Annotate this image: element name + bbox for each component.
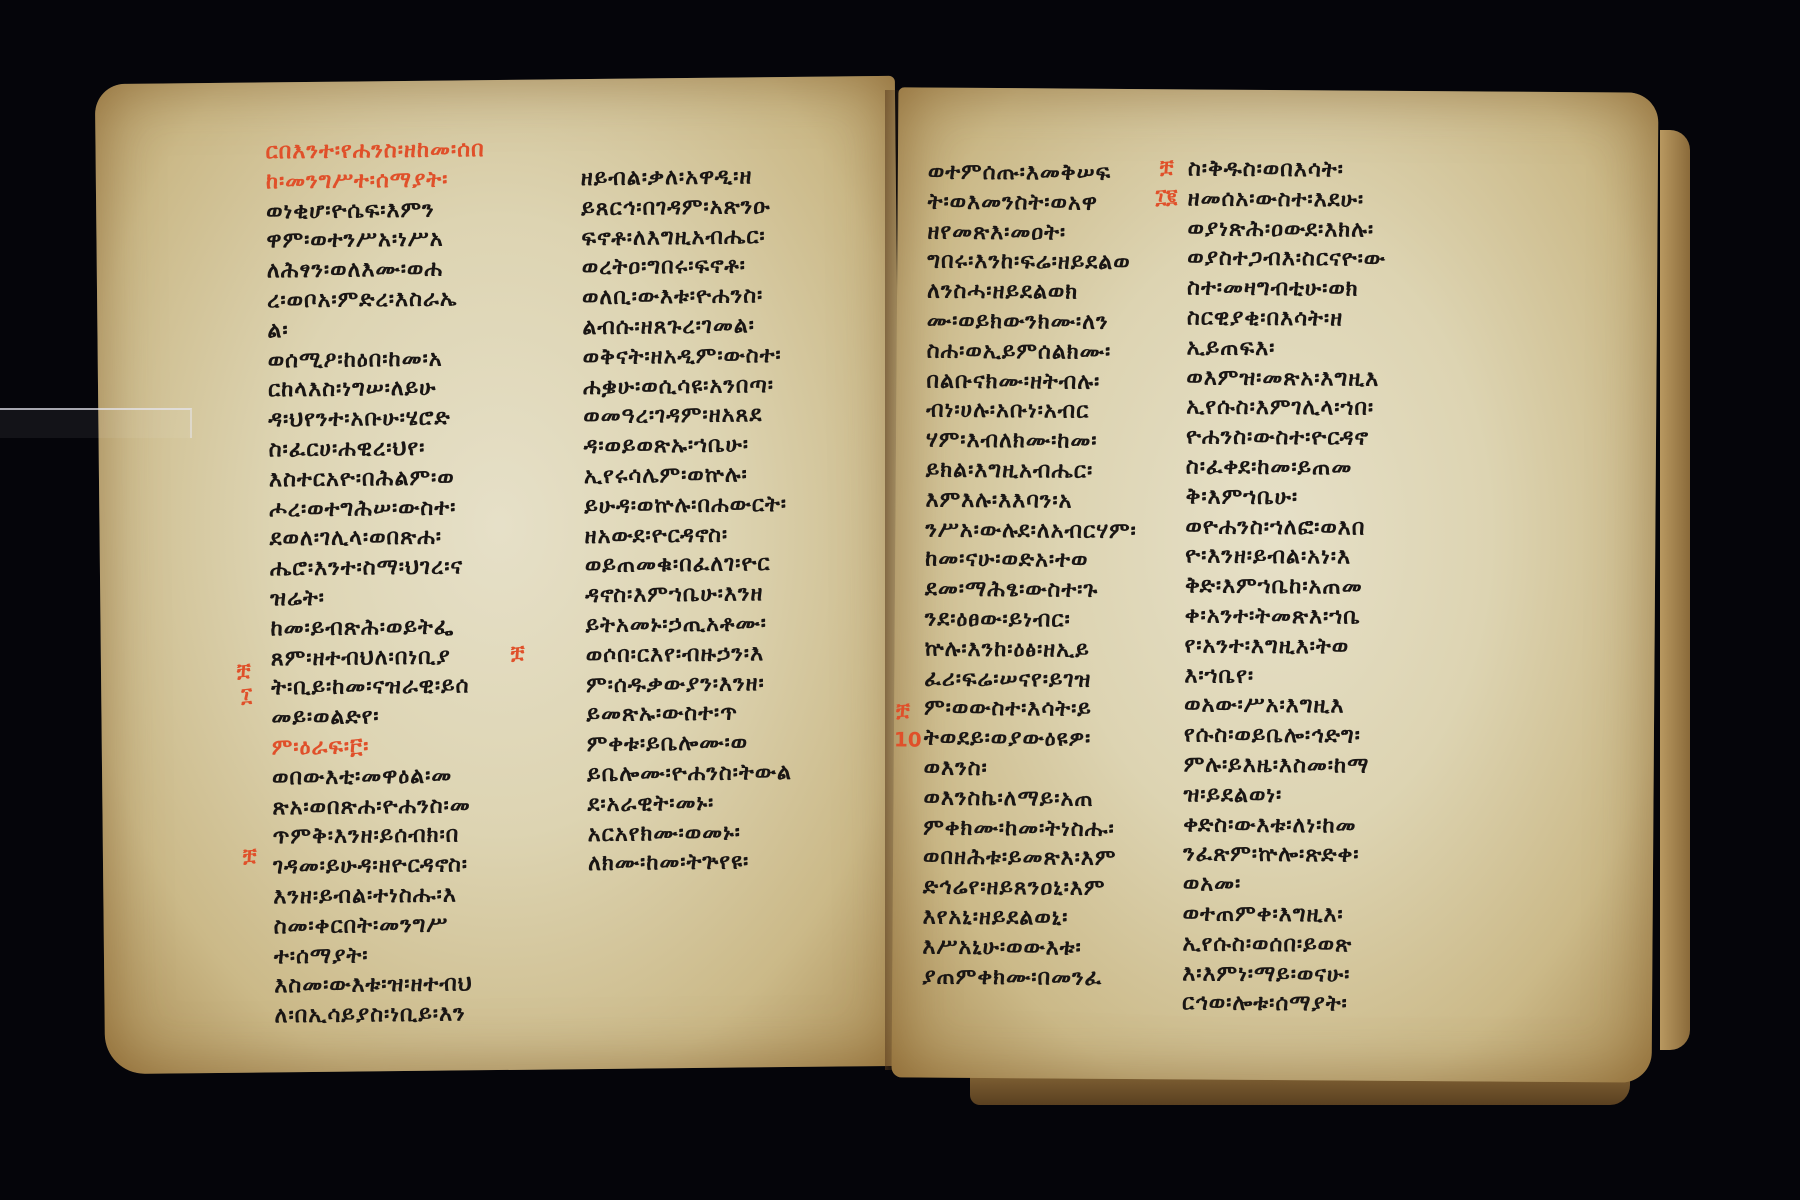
text-line: ምሉ፡ይእዜ፡እስመ፡ከማ <box>1184 750 1383 781</box>
text-line: ከመ፡ናሁ፡ወድአ፡ተወ <box>925 545 1137 576</box>
right-column-1: ወተምሰጡ፡እመቅሠፍ ት፡ወእመንስት፡ወአዋ ዘየመጽእ፡መዐት፡ ግበሩ፡… <box>922 158 1139 994</box>
text-line: ል፡ <box>267 314 486 346</box>
text-line: ወበውእቲ፡መዋዕል፡መ <box>272 761 491 793</box>
text-line: ወእንስኬ፡ለማይ፡አጠ <box>923 783 1135 814</box>
text-line: ዮ፡እንዘ፡ይብል፡አነ፡እ <box>1185 542 1384 573</box>
text-line: ንደ፡ዕፀው፡ይነብር፡ <box>925 605 1137 636</box>
text-line: ወእምዝ፡መጽአ፡እግዚእ <box>1186 363 1385 394</box>
text-line: ይጸርኅ፡በገዳም፡አጽንዑ <box>581 192 786 224</box>
text-line: ወተጠምቀ፡እግዚእ፡ <box>1183 899 1382 930</box>
text-line: ወነቂሆ፡ዮሴፍ፡እምን <box>266 195 485 227</box>
text-line: ስመ፡ቀርበት፡መንግሥ <box>274 910 493 942</box>
text-line: ት፡ቢይ፡ከመ፡ናዝራዊ፡ይሰ <box>271 671 490 703</box>
text-line: ንፈጽም፡ኵሎ፡ጽድቀ፡ <box>1183 840 1382 871</box>
text-line: ጽአ፡ወበጽሐ፡ዮሐንስ፡መ <box>272 791 491 823</box>
left-column-1: ርበእንተ፡የሐንስ፡ዘከመ፡ሰበ ከ፡መንግሥተ፡ሰማያት፡ ወነቂሆ፡ዮሴፍ… <box>265 135 493 1031</box>
text-line: ከመ፡ይብጽሕ፡ወይትፌ <box>270 612 489 644</box>
text-line: ተ፡ሰማያት፡ <box>274 940 493 972</box>
text-line: ዋም፡ወተንሥአ፡ነሥአ <box>266 225 485 257</box>
text-line: ወረትዐ፡ግበሩ፡ፍኖቶ፡ <box>582 251 787 283</box>
text-line: ሃም፡እብለክሙ፡ከመ፡ <box>926 426 1138 457</box>
text-line: ወበዘሕቱ፡ይመጽእ፡እም <box>923 843 1135 874</box>
page-stack-edge <box>1660 130 1690 1050</box>
text-line: ወአው፡ሥአ፡እግዚእ <box>1184 691 1383 722</box>
text-line: የ፡አንተ፡እግዚእ፡ትወ <box>1184 631 1383 662</box>
text-line: እስመ፡ውእቱ፡ዝ፡ዘተብህ <box>274 969 493 1001</box>
text-line: ረ፡ወቦአ፡ምድረ፡እስራኤ <box>267 284 486 316</box>
margin-cross-marker: ቿ <box>243 843 257 867</box>
text-line: ቅ፡እምኀቤሁ፡ <box>1186 482 1385 513</box>
text-line: ደ፡አራዊት፡መኑ፡ <box>587 788 792 820</box>
text-line: ወያስተጋብእ፡ስርናዮ፡ው <box>1187 244 1386 275</box>
text-line: ወያነጽሕ፡ዐውደ፡እክሉ፡ <box>1187 214 1386 245</box>
text-line: ዳኖስ፡እምኀቤሁ፡እንዘ <box>585 579 790 611</box>
text-line: ወዮሐንስ፡ኀለፎ፡ወእበ <box>1185 512 1384 543</box>
text-line: ዳ፡ወይወጽኡ፡ኀቤሁ፡ <box>584 430 789 462</box>
margin-number-marker: ፲ <box>241 683 252 707</box>
text-line: ለ፡በኢሳይያስ፡ነቢይ፡እን <box>274 999 493 1031</box>
text-line: ፈሪ፡ፍሬ፡ሠናየ፡ይገዝ <box>924 664 1136 695</box>
text-line: አርአየክሙ፡ወመኑ፡ <box>588 817 793 849</box>
manuscript: ርበእንተ፡የሐንስ፡ዘከመ፡ሰበ ከ፡መንግሥተ፡ሰማያት፡ ወነቂሆ፡ዮሴፍ… <box>90 80 1670 1110</box>
text-line: ኢየሩሳሌም፡ወኵሉ፡ <box>584 460 789 492</box>
text-line: ወቅናት፡ዘአዲም፡ውስተ፡ <box>583 341 788 373</box>
text-line: ሐቌሁ፡ወሲሳዩ፡አንበጣ፡ <box>583 371 788 403</box>
text-line: እሥአኒሁ፡ወውእቱ፡ <box>922 932 1134 963</box>
text-line: ዘመሰአ፡ውስተ፡እደሁ፡ <box>1188 184 1387 215</box>
text-line: ሖረ፡ወተግሕሠ፡ውስተ፡ <box>269 493 488 525</box>
text-line: ርኅወ፡ሎቱ፡ሰማያት፡ <box>1182 989 1381 1020</box>
text-line: እየአኒ፡ዘይደልወኒ፡ <box>923 902 1135 933</box>
margin-cross-marker: ቿ <box>896 697 910 721</box>
text-line: ልብሱ፡ዘጸጉረ፡ገመል፡ <box>582 311 787 343</box>
text-line: ዝ፡ይደልወነ፡ <box>1183 780 1382 811</box>
text-line: ትወደይ፡ወያውዕዩዎ፡ <box>924 724 1136 755</box>
text-line: ወአመ፡ <box>1183 869 1382 900</box>
rubric-line: ም፡ዕራፍ፡፫፡ <box>272 731 491 763</box>
rubric-line: ከ፡መንግሥተ፡ሰማያት፡ <box>266 165 485 197</box>
text-line: ስርዊያቂ፡በእሳት፡ዘ <box>1187 303 1386 334</box>
text-line: ምቀቱ፡ይቤሎሙ፡ወ <box>587 728 792 760</box>
text-line: ቀ፡አንተ፡ትመጽእ፡ኀቤ <box>1185 601 1384 632</box>
text-line: ኵሉ፡እንከ፡ዕፅ፡ዘኢይ <box>924 634 1136 665</box>
margin-cross-marker: ቿ <box>1160 154 1174 178</box>
text-line: ስ፡ፈርሀ፡ሐዊረ፡ህየ፡ <box>269 433 488 465</box>
left-column-2: ዘይብል፡ቃለ፡አዋዲ፡ዘ ይጸርኅ፡በገዳም፡አጽንዑ ፍኖቶ፡ለእግዚአብሔ… <box>581 162 793 879</box>
text-line: ም፡ሰዱቃውያን፡እንዘ፡ <box>586 669 791 701</box>
text-line: ጸም፡ዘተብህለ፡በነቢያ <box>271 642 490 674</box>
text-line: ብነ፡ሀሉ፡አቡነ፡አብር <box>926 396 1138 427</box>
text-line: ሙ፡ወይክውንክሙ፡ለን <box>927 307 1139 338</box>
rubric-line: ርበእንተ፡የሐንስ፡ዘከመ፡ሰበ <box>265 135 484 167</box>
text-line: ስ፡ፈቀደ፡ከመ፡ይጠመ <box>1186 452 1385 483</box>
text-line: ጥምቅ፡እንዘ፡ይሰብክ፡በ <box>273 820 492 852</box>
text-line: እስተርአዮ፡በሕልም፡ወ <box>269 463 488 495</box>
text-line: ምቀክሙ፡ከመ፡ትነስሑ፡ <box>923 813 1135 844</box>
margin-number-marker: ፲፪ <box>1156 184 1178 208</box>
text-line: ዮሐንስ፡ውስተ፡ዮርዳኖ <box>1186 423 1385 454</box>
text-line: ወሰሚዖ፡ከዕበ፡ከመ፡አ <box>268 344 487 376</box>
text-line: የሱስ፡ወይቤሎ፡ኅድግ፡ <box>1184 721 1383 752</box>
text-line: ስ፡ቅዱስ፡ወበእሳት፡ <box>1188 154 1387 185</box>
text-line: ት፡ወእመንስት፡ወአዋ <box>928 187 1140 218</box>
text-line: ስተ፡መዛግብቲሁ፡ወክ <box>1187 274 1386 305</box>
text-line: ይቤሎሙ፡ዮሐንስ፡ትውል <box>587 758 792 790</box>
text-line: ሔሮ፡እንተ፡ስማ፡ህገረ፡ና <box>270 552 489 584</box>
text-line: ደወለ፡ገሊላ፡ወበጽሐ፡ <box>269 522 488 554</box>
text-line: ይክል፡እግዚአብሔር፡ <box>926 456 1138 487</box>
left-page: ርበእንተ፡የሐንስ፡ዘከመ፡ሰበ ከ፡መንግሥተ፡ሰማያት፡ ወነቂሆ፡ዮሴፍ… <box>95 76 905 1074</box>
text-line: ዝሬት፡ <box>270 582 489 614</box>
text-line: ለክሙ፡ከመ፡ትጕየዩ፡ <box>588 847 793 879</box>
text-line: ግበሩ፡እንከ፡ፍሬ፡ዘይደልወ <box>927 247 1139 278</box>
text-line: ፍኖቶ፡ለእግዚአብሔር፡ <box>581 222 786 254</box>
text-line: ይመጽኡ፡ውስተ፡ጥ <box>586 698 791 730</box>
text-line: ገዳመ፡ይሁዳ፡ዘዮርዳኖስ፡ <box>273 850 492 882</box>
text-line: ኢይጠፍእ፡ <box>1187 333 1386 364</box>
text-line: እ፡እምነ፡ማይ፡ወናሁ፡ <box>1182 959 1381 990</box>
text-line: ም፡ወውስተ፡እሳት፡ይ <box>924 694 1136 725</box>
text-line: ዳ፡ህየንተ፡አቡሁ፡ሄሮድ <box>268 403 487 435</box>
text-line: እምእሉ፡እእባን፡አ <box>925 485 1137 516</box>
right-column-2: ስ፡ቅዱስ፡ወበእሳት፡ ዘመሰአ፡ውስተ፡እደሁ፡ ወያነጽሕ፡ዐውደ፡እክሉ… <box>1182 154 1387 1019</box>
text-line: እንዘ፡ይብል፡ተነስሑ፡እ <box>273 880 492 912</box>
text-line: ደመ፡ማሕፄ፡ውስተ፡ጉ <box>925 575 1137 606</box>
text-line: ይትአመኑ፡ኃጢአቶሙ፡ <box>585 609 790 641</box>
right-page: ወተምሰጡ፡እመቅሠፍ ት፡ወእመንስት፡ወአዋ ዘየመጽእ፡መዐት፡ ግበሩ፡… <box>892 87 1659 1082</box>
text-line: ወመዓረ፡ገዳም፡ዘአጸደ <box>583 400 788 432</box>
text-line: ለንስሓ፡ዘይደልወክ <box>927 277 1139 308</box>
text-line: ለሕፃን፡ወለእሙ፡ወሐ <box>267 254 486 286</box>
text-line: እ፡ኀቤየ፡ <box>1184 661 1383 692</box>
text-line: መይ፡ወልድየ፡ <box>271 701 490 733</box>
text-line: ቅድ፡እምኀቤከ፡አጠመ <box>1185 572 1384 603</box>
text-line: ቀድስ፡ውእቱ፡ለነ፡ከመ <box>1183 810 1382 841</box>
text-line: ወይጠመቁ፡በፈለገ፡ዮር <box>585 549 790 581</box>
margin-cross-marker: ቿ <box>511 640 525 664</box>
text-line: ንሥአ፡ውሉደ፡ለአብርሃም፡ <box>925 515 1137 546</box>
margin-cross-marker: ቿ <box>237 658 251 682</box>
text-line: ስሐ፡ወኢይምሰልክሙ፡ <box>927 336 1139 367</box>
text-line: ዘየመጽእ፡መዐት፡ <box>927 217 1139 248</box>
text-line: ይሁዳ፡ወኵሉ፡በሐውርት፡ <box>584 490 789 522</box>
text-line: ያጠምቀክሙ፡በመንፈ <box>922 962 1134 993</box>
text-line: ርከላእስ፡ነግሠ፡ለይሁ <box>268 373 487 405</box>
text-line: ወለቢ፡ውእቱ፡ዮሐንስ፡ <box>582 281 787 313</box>
text-line: ድኅሬየ፡ዘይጸንዐኒ፡እም <box>923 873 1135 904</box>
text-line: በልቡናክሙ፡ዘትብሉ፡ <box>926 366 1138 397</box>
text-line: ዘአውደ፡ዮርዳኖስ፡ <box>584 520 789 552</box>
text-line: ወሶበ፡ርእየ፡ብዙኃን፡እ <box>586 639 791 671</box>
margin-number-marker: 10 <box>894 727 922 751</box>
text-line: ኢየሱስ፡ወሰበ፡ይወጽ <box>1182 929 1381 960</box>
text-line: ወተምሰጡ፡እመቅሠፍ <box>928 158 1140 189</box>
text-line: ወእንስ፡ <box>924 753 1136 784</box>
text-line: ዘይብል፡ቃለ፡አዋዲ፡ዘ <box>581 162 786 194</box>
text-line: ኢየሱስ፡እምገሊላ፡ኀበ፡ <box>1186 393 1385 424</box>
display-clip <box>0 408 192 438</box>
